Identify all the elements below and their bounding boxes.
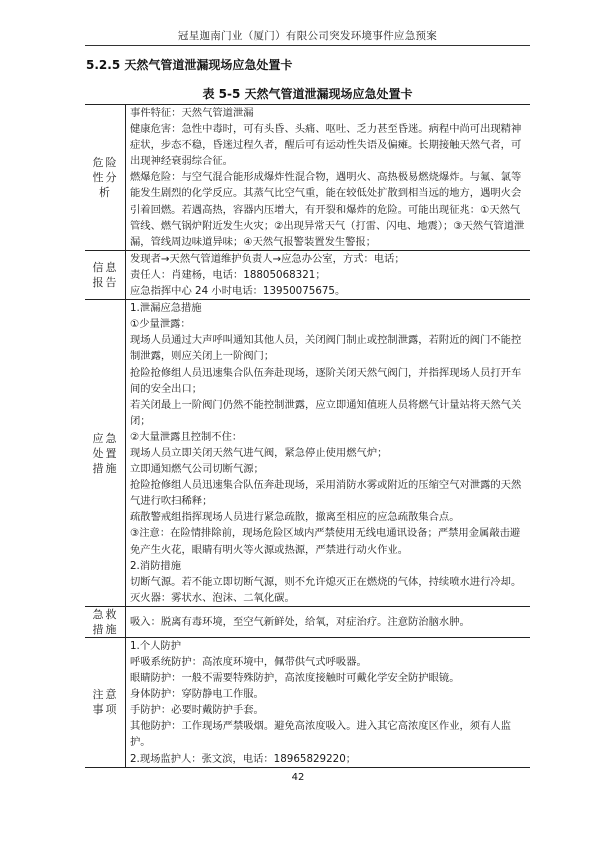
content-line: 切断气源。若不能立即切断气源，则不允许熄灭正在燃烧的气体，持续喷水进行冷却。灭火… bbox=[130, 574, 527, 606]
table-caption: 表 5-5 天然气管道泄漏现场应急处置卡 bbox=[85, 85, 530, 102]
content-line: ③注意：在险情排除前，现场危险区域内严禁使用无线电通讯设备；严禁用金属敲击避免产… bbox=[130, 525, 527, 557]
content-line: 眼睛防护：一般不需要特殊防护，高浓度接触时可戴化学安全防护眼镜。 bbox=[130, 670, 527, 686]
section-title: 5.2.5 天然气管道泄漏现场应急处置卡 bbox=[86, 56, 292, 73]
content-line: 现场人员立即关闭天然气进气阀，紧急停止使用燃气炉； bbox=[130, 445, 527, 461]
table-row-first-aid: 急救措施 吸入：脱离有毒环境，至空气新鲜处，给氧，对症治疗。注意防治脑水肿。 bbox=[85, 606, 530, 637]
content-line: 健康危害：急性中毒时，可有头昏、头痛、呕吐、乏力甚至昏迷。病程中尚可出现精神症状… bbox=[130, 121, 527, 169]
table-row-emergency-measures: 应急处置措施 1.泄漏应急措施 ①少量泄露： 现场人员通过大声呼叫通知其他人员，… bbox=[85, 300, 530, 607]
content-line: 2.现场监护人：张文滨，电话：18965829220； bbox=[130, 751, 527, 767]
row-content: 1.个人防护 呼吸系统防护：高浓度环境中，佩带供气式呼吸器。 眼睛防护：一般不需… bbox=[126, 637, 531, 767]
content-line: 2.消防措施 bbox=[130, 558, 527, 574]
row-label: 危险性分析 bbox=[85, 105, 126, 251]
content-line: 1.个人防护 bbox=[130, 638, 527, 654]
content-line: 发现者→天然气管道维护负责人→应急办公室，方式：电话； bbox=[130, 251, 527, 267]
content-line: 责任人：肖建杨，电话：18805068321； bbox=[130, 267, 527, 283]
table-row-hazard-analysis: 危险性分析 事件特征：天然气管道泄漏 健康危害：急性中毒时，可有头昏、头痛、呕吐… bbox=[85, 105, 530, 251]
content-line: 吸入：脱离有毒环境，至空气新鲜处，给氧，对症治疗。注意防治脑水肿。 bbox=[130, 614, 527, 630]
content-line: 其他防护：工作现场严禁吸烟。避免高浓度吸入。进入其它高浓度区作业，须有人监护。 bbox=[130, 718, 527, 750]
content-line: 若关闭最上一阶阀门仍然不能控制泄露，应立即通知值班人员将燃气计量站将天然气关闭； bbox=[130, 397, 527, 429]
content-line: 抢险抢修组人员迅速集合队伍奔赴现场，采用消防水雾或附近的压缩空气对泄露的天然气进… bbox=[130, 477, 527, 509]
row-label: 急救措施 bbox=[85, 606, 126, 637]
content-line: 1.泄漏应急措施 bbox=[130, 300, 527, 316]
row-label: 应急处置措施 bbox=[85, 300, 126, 607]
row-content: 吸入：脱离有毒环境，至空气新鲜处，给氧，对症治疗。注意防治脑水肿。 bbox=[126, 606, 531, 637]
content-line: 立即通知燃气公司切断气源； bbox=[130, 461, 527, 477]
content-line: 燃爆危险：与空气混合能形成爆炸性混合物，遇明火、高热极易燃烧爆炸。与氟、氯等能发… bbox=[130, 169, 527, 249]
content-line: 身体防护：穿防静电工作服。 bbox=[130, 686, 527, 702]
row-label: 注意事项 bbox=[85, 637, 126, 767]
content-line: 疏散警戒组指挥现场人员进行紧急疏散，撤离至相应的应急疏散集合点。 bbox=[130, 509, 527, 525]
content-line: 事件特征：天然气管道泄漏 bbox=[130, 105, 527, 121]
row-content: 事件特征：天然气管道泄漏 健康危害：急性中毒时，可有头昏、头痛、呕吐、乏力甚至昏… bbox=[126, 105, 531, 251]
content-line: 现场人员通过大声呼叫通知其他人员，关闭阀门制止或控制泄露，若附近的阀门不能控制泄… bbox=[130, 332, 527, 364]
table-row-precautions: 注意事项 1.个人防护 呼吸系统防护：高浓度环境中，佩带供气式呼吸器。 眼睛防护… bbox=[85, 637, 530, 767]
content-line: ①少量泄露： bbox=[130, 316, 527, 332]
row-content: 1.泄漏应急措施 ①少量泄露： 现场人员通过大声呼叫通知其他人员，关闭阀门制止或… bbox=[126, 300, 531, 607]
page-number: 42 bbox=[0, 772, 596, 783]
content-line: 呼吸系统防护：高浓度环境中，佩带供气式呼吸器。 bbox=[130, 654, 527, 670]
content-line: 手防护：必要时戴防护手套。 bbox=[130, 702, 527, 718]
emergency-response-card-table: 危险性分析 事件特征：天然气管道泄漏 健康危害：急性中毒时，可有头昏、头痛、呕吐… bbox=[85, 104, 530, 768]
content-line: 应急指挥中心 24 小时电话：13950075675。 bbox=[130, 283, 527, 299]
content-line: 抢险抢修组人员迅速集合队伍奔赴现场，逐阶关闭天然气阀门，并指挥现场人员打开车间的… bbox=[130, 365, 527, 397]
row-label: 信息报告 bbox=[85, 250, 126, 299]
table-row-information-report: 信息报告 发现者→天然气管道维护负责人→应急办公室，方式：电话； 责任人：肖建杨… bbox=[85, 250, 530, 299]
content-line: ②大量泄露且控制不住： bbox=[130, 429, 527, 445]
row-content: 发现者→天然气管道维护负责人→应急办公室，方式：电话； 责任人：肖建杨，电话：1… bbox=[126, 250, 531, 299]
header-divider bbox=[85, 45, 530, 46]
document-header: 冠星迦南门业（厦门）有限公司突发环境事件应急预案 bbox=[85, 28, 530, 43]
